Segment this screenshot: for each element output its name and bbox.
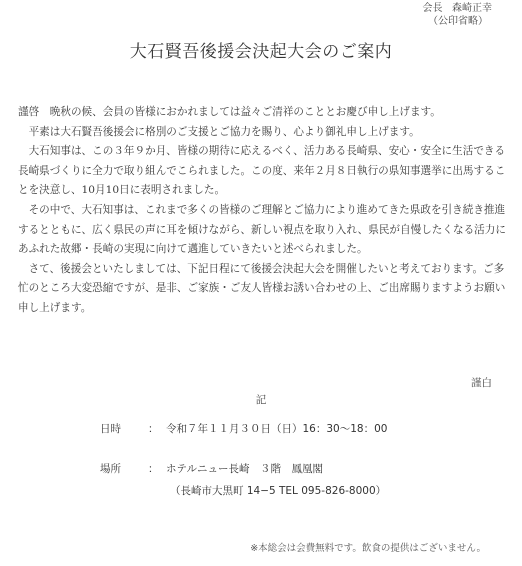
thanks-paragraph: 平素は大石賢吾後援会に格別のご支援とご協力を賜り、心より御礼申し上げます。 — [18, 123, 508, 143]
sender-block: 会長 森崎正幸 （公印省略） — [422, 2, 492, 28]
invitation-paragraph: さて、後援会といたしましては、下記日程にて後援会決起大会を開催したいと考えており… — [18, 260, 508, 319]
ki-heading: 記 — [0, 392, 522, 407]
datetime-label: 日時 — [100, 421, 121, 436]
venue-value: ホテルニュー長崎 ３階 鳳凰閣 — [166, 461, 323, 476]
venue-colon: ： — [148, 461, 159, 476]
venue-label: 場所 — [100, 461, 121, 476]
sender-line: 会長 森崎正幸 — [422, 2, 492, 15]
closing-word: 謹白 — [471, 375, 492, 390]
datetime-colon: ： — [148, 421, 159, 436]
sender-name: 森崎正幸 — [452, 3, 492, 14]
seal-note: （公印省略） — [422, 15, 488, 28]
letter-body: 謹啓 晩秋の候、会員の皆様におかれましては益々ご清祥のこととお慶び申し上げます。… — [18, 103, 508, 319]
announcement-paragraph: 大石知事は、この３年９か月、皆様の期待に応えるべく、活力ある長崎県、安心・安全に… — [18, 142, 508, 201]
datetime-value: 令和７年１１月３０日（日）16：30～18：00 — [166, 421, 387, 436]
footnote: ※本総会は会費無料です。飲食の提供はございません。 — [250, 540, 486, 554]
greeting-paragraph: 謹啓 晩秋の候、会員の皆様におかれましては益々ご清祥のこととお慶び申し上げます。 — [18, 103, 508, 123]
policy-paragraph: その中で、大石知事は、これまで多くの皆様のご理解とご協力により進めてきた県政を引… — [18, 201, 508, 260]
sender-title: 会長 — [422, 3, 442, 14]
venue-address: （長崎市大黒町 14−5 TEL 095-826-8000） — [170, 483, 386, 498]
document-title: 大石賢吾後援会決起大会のご案内 — [0, 37, 522, 62]
